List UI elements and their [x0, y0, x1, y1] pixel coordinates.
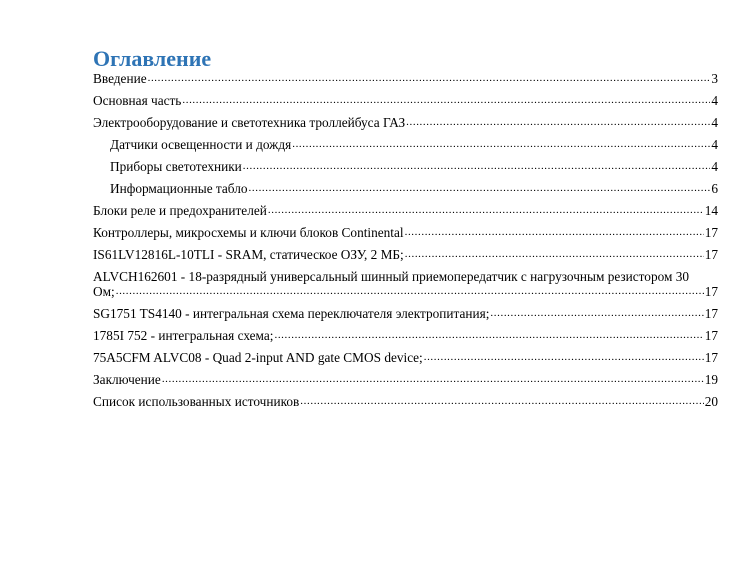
dot-leader: ........................................…	[490, 306, 703, 321]
toc-page-number: 4	[711, 137, 718, 152]
toc-entry-relay-fuse-blocks[interactable]: Блоки реле и предохранителей ...........…	[93, 203, 718, 218]
toc-entry-label-line2: Ом;	[93, 284, 115, 299]
toc-entry-references[interactable]: Список использованных источников .......…	[93, 394, 718, 409]
dot-leader: ........................................…	[300, 394, 703, 409]
toc-page-number: 17	[705, 225, 718, 240]
toc-entry-power-switch-ic[interactable]: SG1751 TS4140 - интегральная схема перек…	[93, 306, 718, 321]
toc-page-number: 3	[711, 71, 718, 86]
toc-title: Оглавление	[93, 46, 211, 72]
toc-entry-label: Введение	[93, 71, 147, 86]
toc-entry-label: IS61LV12816L-10TLI - SRAM, статическое О…	[93, 247, 404, 262]
toc-entry-label: Блоки реле и предохранителей	[93, 203, 267, 218]
toc-page-number: 6	[711, 181, 718, 196]
toc-entry-label: SG1751 TS4140 - интегральная схема перек…	[93, 306, 489, 321]
toc-entry-electrical-equipment[interactable]: Электрооборудование и светотехника тролл…	[93, 115, 718, 130]
toc-entry-label: Приборы светотехники	[110, 159, 242, 174]
dot-leader: ........................................…	[292, 137, 710, 152]
toc-page-number: 17	[705, 284, 718, 299]
toc-page-number: 17	[705, 247, 718, 262]
toc-entry-label: 75A5CFM ALVC08 - Quad 2-input AND gate C…	[93, 350, 423, 365]
toc-page-number: 4	[711, 93, 718, 108]
dot-leader: ........................................…	[424, 350, 704, 365]
dot-leader: ........................................…	[249, 181, 711, 196]
toc-entry-integrated-circuit[interactable]: 1785I 752 - интегральная схема; ........…	[93, 328, 718, 343]
toc-entry-label: Заключение	[93, 372, 161, 387]
toc-page-number: 20	[705, 394, 718, 409]
toc-entry-and-gate[interactable]: 75A5CFM ALVC08 - Quad 2-input AND gate C…	[93, 350, 718, 365]
toc-page-number: 4	[711, 115, 718, 130]
toc-entry-conclusion[interactable]: Заключение .............................…	[93, 372, 718, 387]
dot-leader: ........................................…	[243, 159, 711, 174]
dot-leader: ........................................…	[268, 203, 704, 218]
toc-page-number: 4	[711, 159, 718, 174]
toc-entry-label: Датчики освещенности и дождя	[110, 137, 291, 152]
toc-entry-label-line1: ALVCH162601 - 18-разрядный универсальный…	[93, 269, 718, 284]
dot-leader: ........................................…	[405, 225, 704, 240]
document-page: Оглавление Введение ....................…	[0, 0, 745, 576]
toc-entry-sram[interactable]: IS61LV12816L-10TLI - SRAM, статическое О…	[93, 247, 718, 262]
toc-entry-label: Контроллеры, микросхемы и ключи блоков C…	[93, 225, 404, 240]
dot-leader: ........................................…	[405, 247, 704, 262]
toc-page-number: 17	[705, 328, 718, 343]
toc-entry-introduction[interactable]: Введение ...............................…	[93, 71, 718, 86]
toc-page-number: 17	[705, 306, 718, 321]
dot-leader: ........................................…	[148, 71, 711, 86]
dot-leader: ........................................…	[274, 328, 703, 343]
toc-entry-controllers[interactable]: Контроллеры, микросхемы и ключи блоков C…	[93, 225, 718, 240]
toc-entry-main-part[interactable]: Основная часть .........................…	[93, 93, 718, 108]
toc-entry-lighting-devices[interactable]: Приборы светотехники ...................…	[93, 159, 718, 174]
toc-entry-light-rain-sensors[interactable]: Датчики освещенности и дождя ...........…	[93, 137, 718, 152]
toc-page-number: 19	[705, 372, 718, 387]
toc-entry-info-displays[interactable]: Информационные табло ...................…	[93, 181, 718, 196]
dot-leader: ........................................…	[182, 93, 710, 108]
toc-entry-label: Электрооборудование и светотехника тролл…	[93, 115, 405, 130]
dot-leader: ........................................…	[406, 115, 710, 130]
toc-page-number: 14	[705, 203, 718, 218]
dot-leader: ........................................…	[116, 284, 704, 299]
toc-entry-label: Основная часть	[93, 93, 181, 108]
toc-entry-label: 1785I 752 - интегральная схема;	[93, 328, 273, 343]
toc-entry-transceiver[interactable]: ALVCH162601 - 18-разрядный универсальный…	[93, 269, 718, 299]
toc-entry-label: Информационные табло	[110, 181, 248, 196]
toc-entry-label: Список использованных источников	[93, 394, 299, 409]
table-of-contents: Введение ...............................…	[93, 71, 718, 416]
toc-page-number: 17	[705, 350, 718, 365]
dot-leader: ........................................…	[162, 372, 704, 387]
